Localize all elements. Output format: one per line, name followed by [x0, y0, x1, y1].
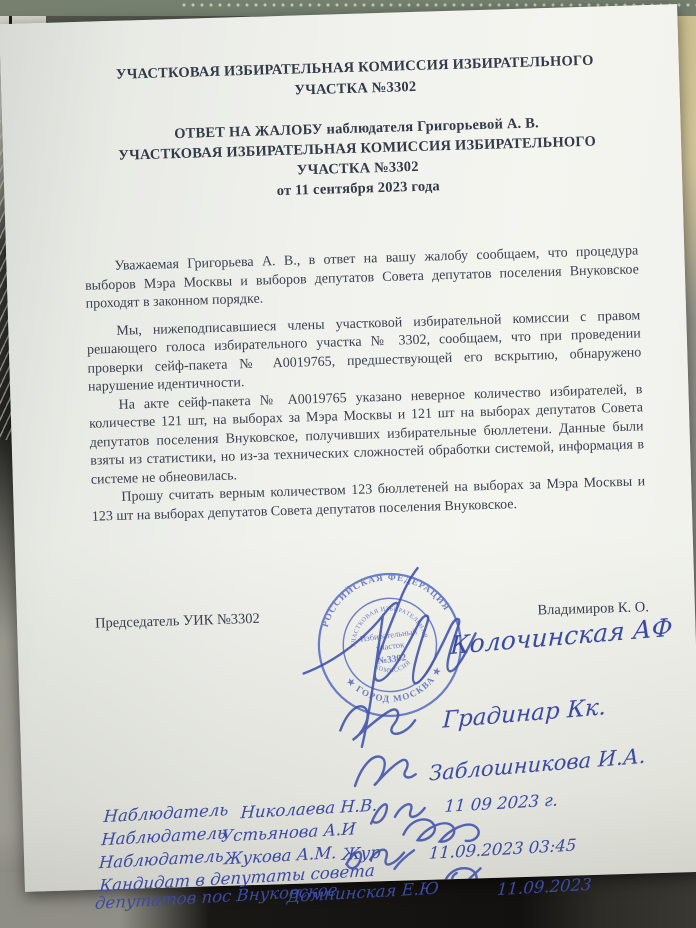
observer-date: 11 09 2023 г. — [444, 791, 559, 816]
member-signature — [354, 755, 416, 786]
document-body: Уважаемая Григорьева А. В., в ответ на в… — [84, 242, 646, 526]
observer-name: Николаева Н.В. — [240, 796, 378, 823]
paragraph: Уважаемая Григорьева А. В., в ответ на в… — [84, 242, 639, 314]
handwritten-name: Заблошникова И.А. — [429, 744, 646, 786]
document-page: УЧАСТКОВАЯ ИЗБИРАТЕЛЬНАЯ КОМИССИЯ ИЗБИРА… — [0, 4, 696, 892]
document-subject: ОТВЕТ НА ЖАЛОБУ наблюдателя Григорьевой … — [74, 110, 640, 207]
subject-bold: ОТВЕТ НА ЖАЛОБУ — [174, 122, 323, 142]
document-title: УЧАСТКОВАЯ ИЗБИРАТЕЛЬНАЯ КОМИССИЯ ИЗБИРА… — [71, 5, 637, 108]
candidate-date: 11.09.2023 — [496, 875, 592, 899]
observer-role: Наблюдатель — [103, 800, 229, 826]
chairman-label: Председатель УИК №3302 — [95, 611, 260, 633]
observer-role: Наблюдатель — [101, 823, 227, 849]
observer-role: Наблюдатель — [98, 846, 224, 872]
photo-of-document: УЧАСТКОВАЯ ИЗБИРАТЕЛЬНАЯ КОМИССИЯ ИЗБИРА… — [0, 0, 696, 928]
paragraph: На акте сейф-пакета № А0019765 указано н… — [88, 381, 645, 490]
